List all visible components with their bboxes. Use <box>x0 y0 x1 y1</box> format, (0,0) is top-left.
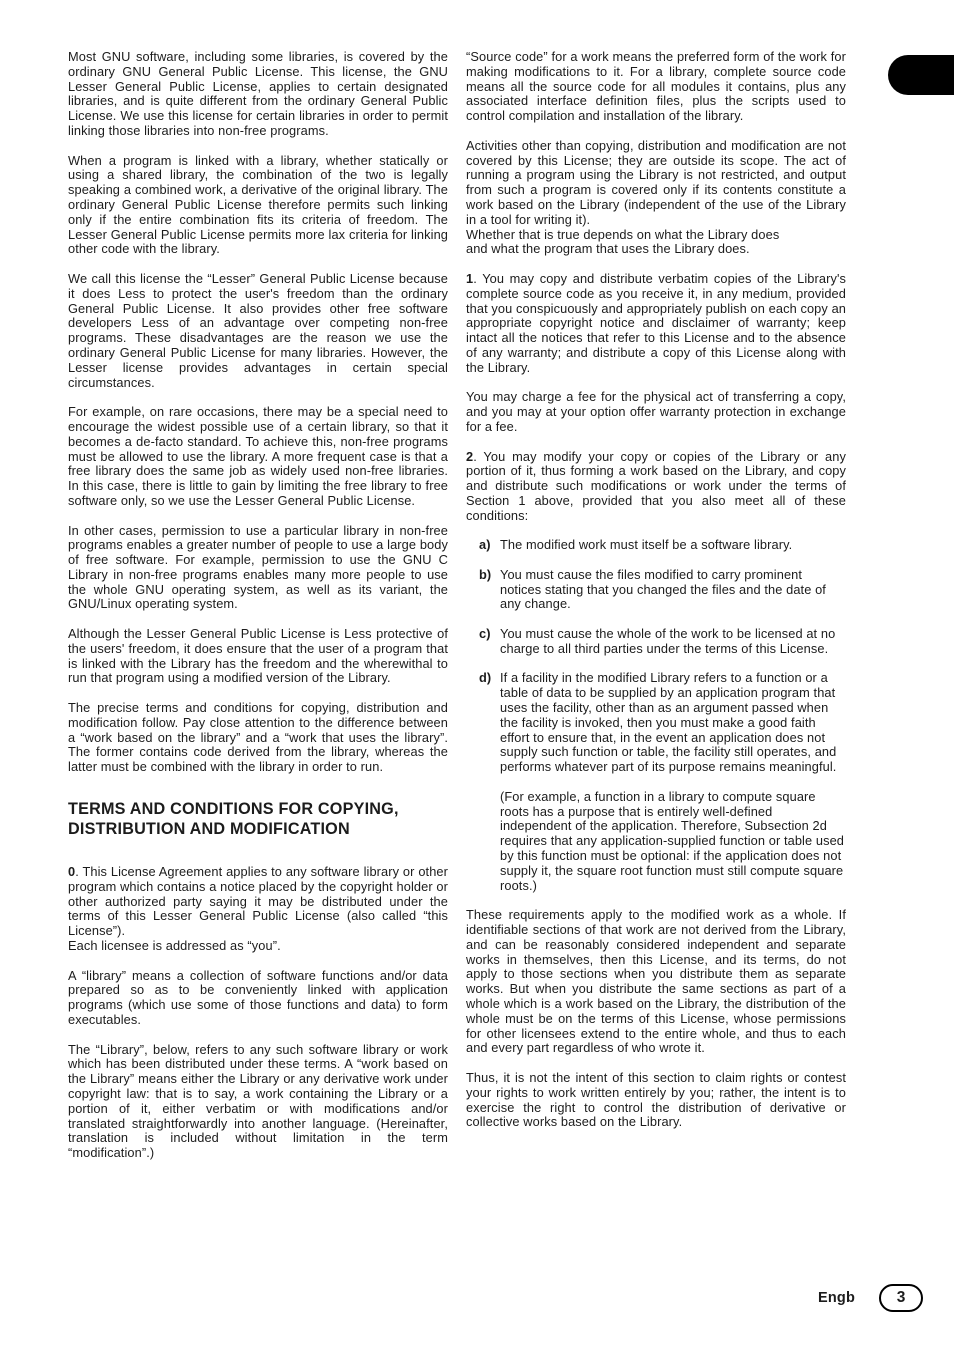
clause-text: . You may copy and distribute verbatim c… <box>466 271 846 375</box>
paragraph: For example, on rare occasions, there ma… <box>68 405 448 509</box>
list-item-text: If a facility in the modified Library re… <box>500 671 846 775</box>
list-marker: c) <box>479 627 500 657</box>
paragraph: We call this license the “Lesser” Genera… <box>68 272 448 390</box>
list-item: a)The modified work must itself be a sof… <box>466 538 846 553</box>
numbered-clause: 1. You may copy and distribute verbatim … <box>466 272 846 376</box>
clause-text: . This License Agreement applies to any … <box>68 864 448 953</box>
page-footer: Engb 3 <box>818 1284 923 1312</box>
edition-label: Engb <box>818 1290 855 1306</box>
right-column: “Source code” for a work means the prefe… <box>466 50 846 1176</box>
section-heading: TERMS AND CONDITIONS FOR COPYING, DISTRI… <box>68 799 448 839</box>
list-item: b)You must cause the files modified to c… <box>466 568 846 612</box>
paragraph: The “Library”, below, refers to any such… <box>68 1043 448 1161</box>
list-marker: d) <box>479 671 500 775</box>
paragraph: When a program is linked with a library,… <box>68 154 448 258</box>
clause-text: . You may modify your copy or copies of … <box>466 449 846 523</box>
paragraph: The precise terms and conditions for cop… <box>68 701 448 775</box>
list-item-text: The modified work must itself be a softw… <box>500 538 846 553</box>
paragraph: A “library” means a collection of softwa… <box>68 969 448 1028</box>
list-item-text: You must cause the files modified to car… <box>500 568 846 612</box>
paragraph: “Source code” for a work means the prefe… <box>466 50 846 124</box>
two-column-text: Most GNU software, including some librar… <box>68 50 846 1176</box>
numbered-clause: 2. You may modify your copy or copies of… <box>466 450 846 524</box>
paragraph: These requirements apply to the modified… <box>466 908 846 1056</box>
page-number: 3 <box>897 1289 906 1307</box>
list-item: d)If a facility in the modified Library … <box>466 671 846 775</box>
paragraph: Although the Lesser General Public Licen… <box>68 627 448 686</box>
numbered-clause: 0. This License Agreement applies to any… <box>68 865 448 954</box>
license-document-page: Most GNU software, including some librar… <box>0 0 954 1352</box>
list-item: c)You must cause the whole of the work t… <box>466 627 846 657</box>
left-column: Most GNU software, including some librar… <box>68 50 448 1176</box>
chapter-thumb-tab <box>888 55 954 95</box>
list-marker: a) <box>479 538 500 553</box>
paragraph: Activities other than copying, distribut… <box>466 139 846 257</box>
list-marker: b) <box>479 568 500 612</box>
paragraph: You may charge a fee for the physical ac… <box>466 390 846 434</box>
paragraph: Thus, it is not the intent of this secti… <box>466 1071 846 1130</box>
paragraph: In other cases, permission to use a part… <box>68 524 448 613</box>
page-number-badge: 3 <box>879 1284 923 1312</box>
example-note: (For example, a function in a library to… <box>466 790 846 894</box>
list-item-text: You must cause the whole of the work to … <box>500 627 846 657</box>
paragraph: Most GNU software, including some librar… <box>68 50 448 139</box>
